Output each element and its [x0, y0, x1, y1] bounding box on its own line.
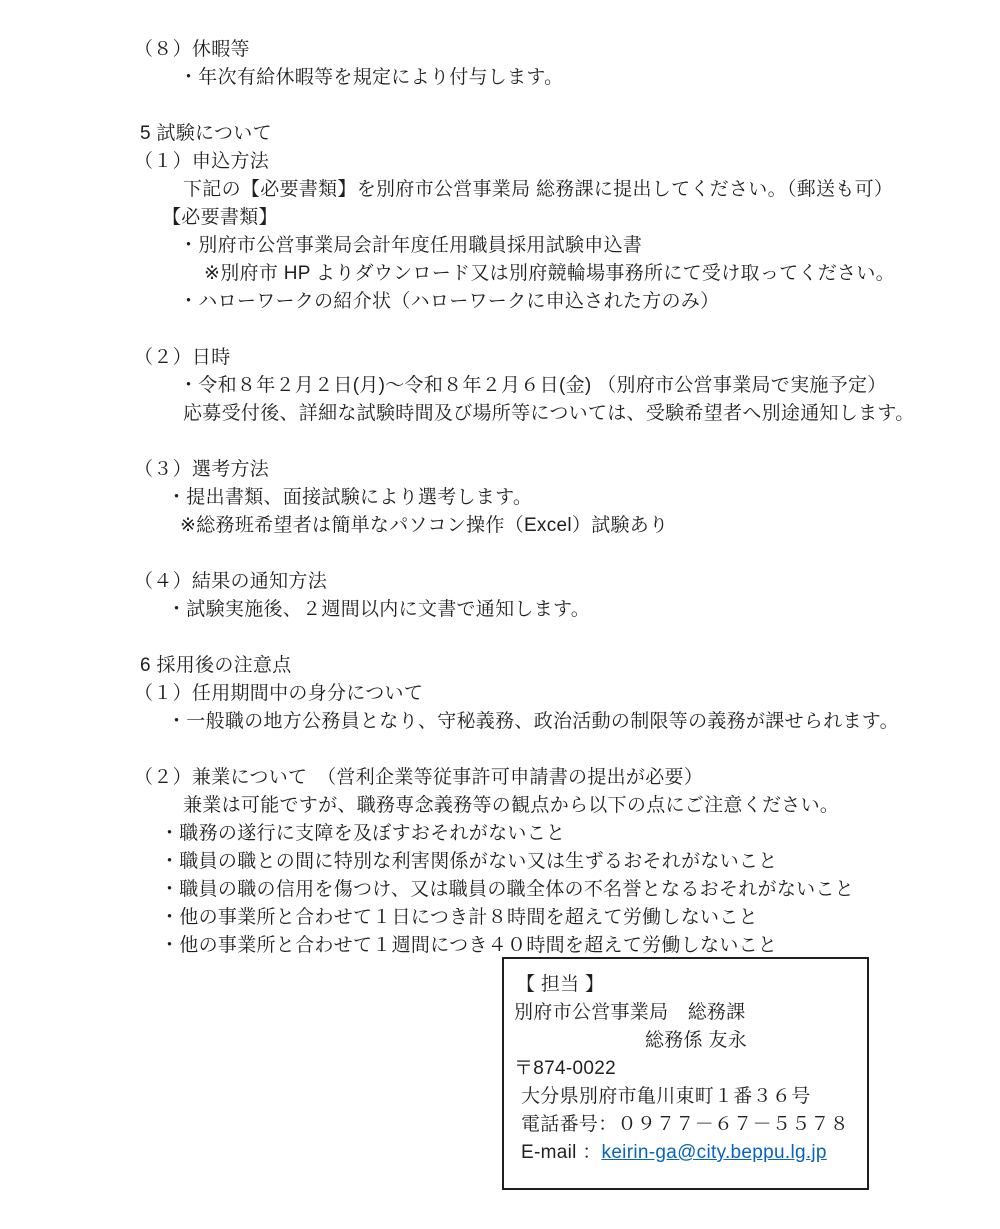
document-line: （２）兼業について （営利企業等従事許可申請書の提出が必要） [0, 764, 1000, 792]
document-body: （８）休暇等・年次有給休暇等を規定により付与します。5 試験について（１）申込方… [0, 0, 1000, 960]
contact-box: 【 担当 】 別府市公営事業局 総務課 総務係 友永 〒874-0022 大分県… [502, 957, 869, 1190]
document-line: 6 採用後の注意点 [0, 652, 1000, 680]
document-line: 応募受付後、詳細な試験時間及び場所等については、受験希望者へ別途通知します。 [0, 400, 1000, 428]
blank-line [0, 92, 1000, 120]
contact-email-label: E-mail ： [521, 1142, 602, 1163]
document-line: ・令和８年２月２日(月)～令和８年２月６日(金) （別府市公営事業局で実施予定） [0, 372, 1000, 400]
contact-phone: 電話番号：０９７７－６７－５５７８ [504, 1111, 867, 1139]
document-line: （２）日時 [0, 344, 1000, 372]
document-line: 下記の【必要書類】を別府市公営事業局 総務課に提出してください。（郵送も可） [0, 176, 1000, 204]
document-line: ・別府市公営事業局会計年度任用職員採用試験申込書 [0, 232, 1000, 260]
contact-department: 別府市公営事業局 総務課 [504, 999, 867, 1027]
document-line: ※総務班希望者は簡単なパソコン操作（Excel）試験あり [0, 512, 1000, 540]
blank-line [0, 428, 1000, 456]
document-line: ・提出書類、面接試験により選考します。 [0, 484, 1000, 512]
contact-email-link[interactable]: keirin-ga@city.beppu.lg.jp [602, 1142, 827, 1163]
document-line: 5 試験について [0, 120, 1000, 148]
document-line: ※別府市 HP よりダウンロード又は別府競輪場事務所にて受け取ってください。 [0, 260, 1000, 288]
blank-line [0, 316, 1000, 344]
document-line: ・他の事業所と合わせて１週間につき４０時間を超えて労働しないこと [0, 932, 1000, 960]
document-line: ・他の事業所と合わせて１日につき計８時間を超えて労働しないこと [0, 904, 1000, 932]
document-line: ・年次有給休暇等を規定により付与します。 [0, 64, 1000, 92]
document-line: （１）任用期間中の身分について [0, 680, 1000, 708]
contact-address: 大分県別府市亀川東町１番３６号 [504, 1083, 867, 1111]
blank-line [0, 624, 1000, 652]
document-line: ・職員の職の信用を傷つけ、又は職員の職全体の不名誉となるおそれがないこと [0, 876, 1000, 904]
contact-heading: 【 担当 】 [504, 971, 867, 999]
document-line: （４）結果の通知方法 [0, 568, 1000, 596]
document-line: （３）選考方法 [0, 456, 1000, 484]
contact-postal-code: 〒874-0022 [504, 1055, 867, 1083]
document-line: ・ハローワークの紹介状（ハローワークに申込された方のみ） [0, 288, 1000, 316]
blank-line [0, 736, 1000, 764]
blank-line [0, 540, 1000, 568]
document-line: ・一般職の地方公務員となり、守秘義務、政治活動の制限等の義務が課せられます。 [0, 708, 1000, 736]
document-line: ・職務の遂行に支障を及ぼすおそれがないこと [0, 820, 1000, 848]
contact-email-line: E-mail ：keirin-ga@city.beppu.lg.jp [504, 1139, 867, 1167]
document-page: （８）休暇等・年次有給休暇等を規定により付与します。5 試験について（１）申込方… [0, 0, 1000, 1229]
contact-staff-name: 総務係 友永 [504, 1027, 867, 1055]
document-line: ・職員の職との間に特別な利害関係がない又は生ずるおそれがないこと [0, 848, 1000, 876]
document-line: （１）申込方法 [0, 148, 1000, 176]
document-line: 兼業は可能ですが、職務専念義務等の観点から以下の点にご注意ください。 [0, 792, 1000, 820]
document-line: （８）休暇等 [0, 36, 1000, 64]
document-line: ・試験実施後、２週間以内に文書で通知します。 [0, 596, 1000, 624]
document-line: 【必要書類】 [0, 204, 1000, 232]
